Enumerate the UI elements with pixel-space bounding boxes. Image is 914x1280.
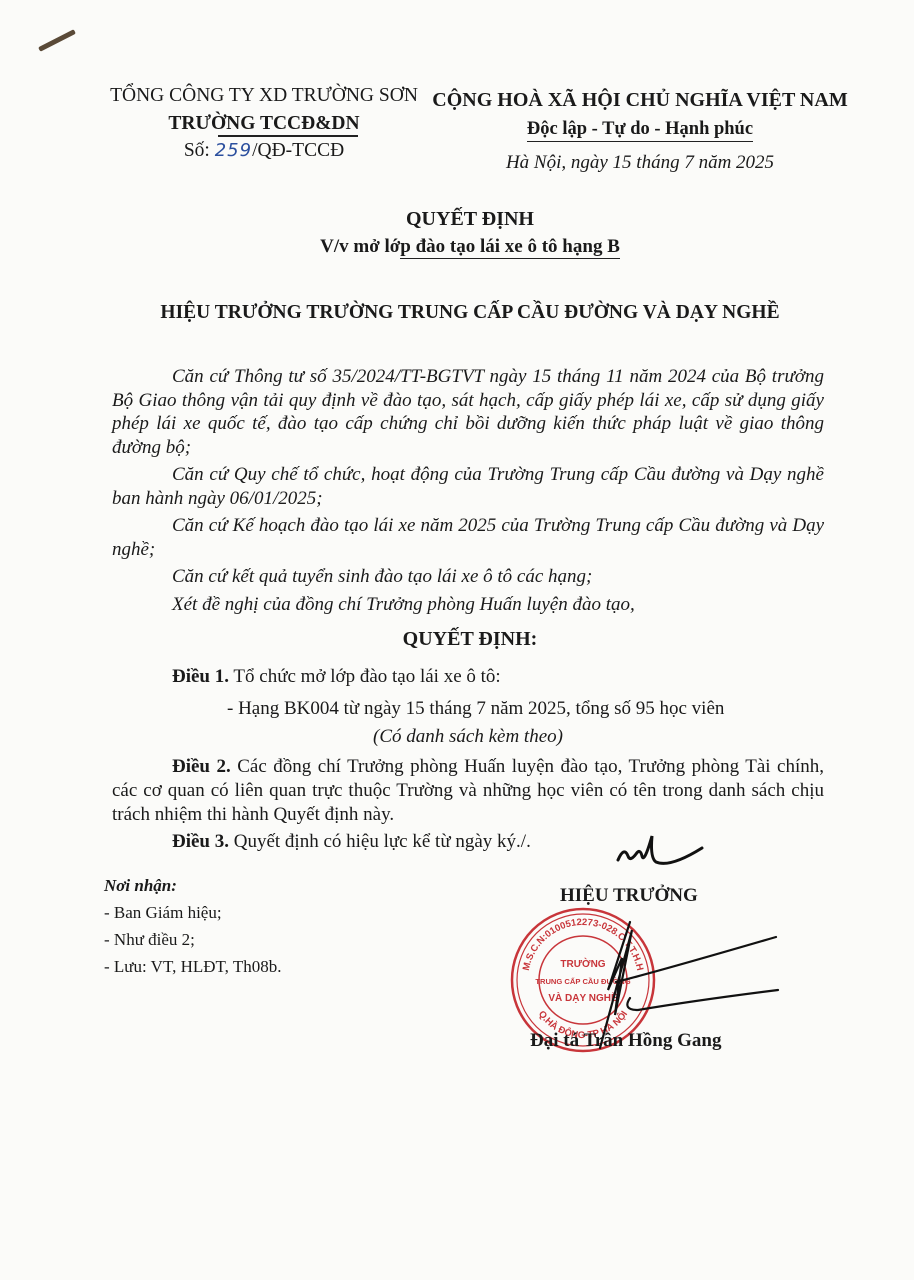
recipients: Nơi nhận: - Ban Giám hiệu; - Như điều 2;…: [104, 872, 281, 980]
article-1-note: (Có danh sách kèm theo): [112, 725, 824, 749]
basis-item: Xét đề nghị của đồng chí Trưởng phòng Hu…: [112, 593, 824, 617]
article-3: Điều 3. Quyết định có hiệu lực kể từ ngà…: [112, 830, 824, 854]
issuing-authority: HIỆU TRƯỞNG TRƯỜNG TRUNG CẤP CẦU ĐƯỜNG V…: [100, 302, 840, 324]
legal-bases: Căn cứ Thông tư số 35/2024/TT-BGTVT ngày…: [112, 365, 824, 620]
pen-mark: [38, 29, 76, 52]
number-suffix: /QĐ-TCCĐ: [252, 140, 344, 161]
recipient-item: - Lưu: VT, HLĐT, Th08b.: [104, 953, 281, 980]
nation-name: CỘNG HOÀ XÃ HỘI CHỦ NGHĨA VIỆT NAM: [420, 86, 860, 115]
recipient-item: - Ban Giám hiệu;: [104, 899, 281, 926]
signature-title: HIỆU TRƯỞNG: [560, 885, 698, 907]
signer-name: Đại tá Trần Hồng Gang: [530, 1030, 721, 1052]
document-subject: V/v mở lớp đào tạo lái xe ô tô hạng B: [100, 233, 840, 261]
national-header: CỘNG HOÀ XÃ HỘI CHỦ NGHĨA VIỆT NAM Độc l…: [420, 86, 860, 177]
motto: Độc lập - Tự do - Hạnh phúc: [527, 117, 753, 142]
handwritten-number: 259: [215, 140, 252, 161]
school-name: TRƯỜNG TCCĐ&DN: [168, 110, 359, 138]
articles: Điều 1. Tổ chức mở lớp đào tạo lái xe ô …: [112, 665, 824, 854]
article-1-item: - Hạng BK004 từ ngày 15 tháng 7 năm 2025…: [112, 697, 824, 721]
title-block: QUYẾT ĐỊNH V/v mở lớp đào tạo lái xe ô t…: [100, 205, 840, 261]
basis-item: Căn cứ Thông tư số 35/2024/TT-BGTVT ngày…: [112, 365, 824, 459]
basis-item: Căn cứ Quy chế tổ chức, hoạt động của Tr…: [112, 463, 824, 510]
recipient-item: - Như điều 2;: [104, 926, 281, 953]
basis-item: Căn cứ kết quả tuyển sinh đào tạo lái xe…: [112, 565, 824, 589]
recipients-label: Nơi nhận:: [104, 872, 281, 899]
issuer-header: TỔNG CÔNG TY XD TRƯỜNG SƠN TRƯỜNG TCCĐ&D…: [98, 82, 430, 165]
document-number: Số: 259/QĐ-TCCĐ: [98, 137, 430, 165]
article-2: Điều 2. Các đồng chí Trưởng phòng Huấn l…: [112, 755, 824, 827]
number-label: Số:: [184, 140, 210, 161]
document-type: QUYẾT ĐỊNH: [100, 205, 840, 233]
article-1: Điều 1. Tổ chức mở lớp đào tạo lái xe ô …: [112, 665, 824, 689]
initial-signature: [610, 828, 710, 878]
basis-item: Căn cứ Kế hoạch đào tạo lái xe năm 2025 …: [112, 514, 824, 561]
parent-org: TỔNG CÔNG TY XD TRƯỜNG SƠN: [98, 82, 430, 110]
place-date: Hà Nội, ngày 15 tháng 7 năm 2025: [420, 148, 860, 177]
decision-heading: QUYẾT ĐỊNH:: [100, 628, 840, 651]
